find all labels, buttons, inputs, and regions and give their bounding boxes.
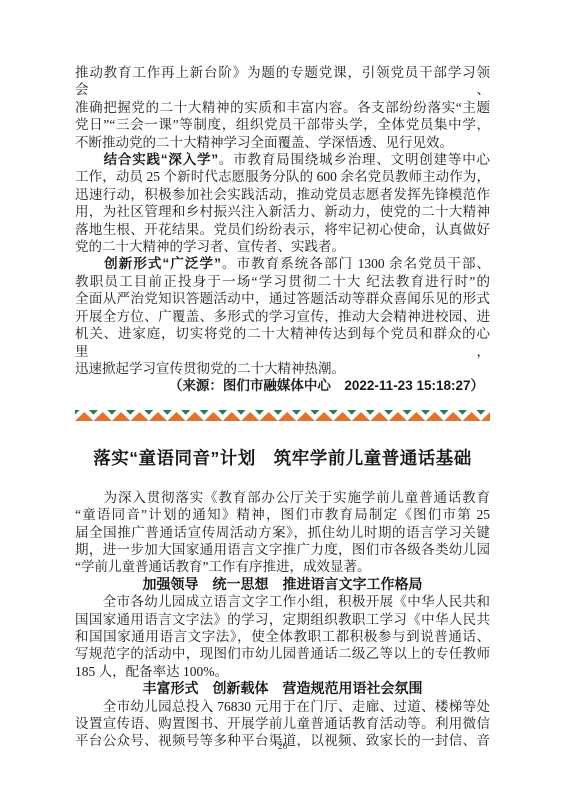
document-page: 推动教育工作再上新台阶》为题的专题党课，引领党员干部学习领会、准确把握党的二十大… xyxy=(0,0,565,800)
text-segment: 全面从严治党知识答题活动中，通过答题活动等群众喜闻乐见的形式 xyxy=(75,291,490,306)
text-segment: 教职员工目前正投身于一场“学习贯彻二十大 纪法教育进行时”的 xyxy=(75,274,490,289)
text-segment: 185 人，配备率达 100%。 xyxy=(75,664,228,679)
text-segment: 党的二十大精神的学习者、宣传者、实践者。 xyxy=(75,239,345,254)
text-line: 教职员工目前正投身于一场“学习贯彻二十大 纪法教育进行时”的 xyxy=(75,273,490,290)
text-segment: 党日”“三会一课”等制度，组织党员干部带头学，全体党员集中学， xyxy=(75,117,490,132)
section-subheading: 加强领导 统一思想 推进语言文字工作格局 xyxy=(75,576,490,593)
text-segment: 准确把握党的二十大精神的实质和丰富内容。各支部纷纷落实“主题 xyxy=(75,100,490,115)
zigzag-divider xyxy=(75,410,490,421)
paragraph: 结合实践“深入学”。市教育局围绕城乡治理、文明创建等中心工作，动员 25 个新时… xyxy=(75,151,490,255)
text-line: 党的二十大精神的学习者、宣传者、实践者。 xyxy=(75,238,490,255)
text-line: 推动教育工作再上新台阶》为题的专题党课，引领党员干部学习领会、 xyxy=(75,64,490,99)
text-segment xyxy=(75,256,104,271)
text-segment: 迅速行动，积极参加社会实践活动，推动党员志愿者发挥先锋模范作 xyxy=(75,187,490,202)
text-line: 届全国推广普通话宣传周活动方案》，抓住幼儿时期的语言学习关键 xyxy=(75,524,490,541)
text-line: 全面从严治党知识答题活动中，通过答题活动等群众喜闻乐见的形式 xyxy=(75,290,490,307)
text-line: 185 人，配备率达 100%。 xyxy=(75,663,490,680)
paragraph: 全市各幼儿园成立语言文字工作小组，积极开展《中华人民共和国国家通用语言文字法》的… xyxy=(75,593,490,680)
text-line: 写规范字的活动中，现图们市幼儿园普通话二级乙等以上的专任教师 xyxy=(75,645,490,662)
text-segment: 写规范字的活动中，现图们市幼儿园普通话二级乙等以上的专任教师 xyxy=(75,646,490,661)
text-line: 全市各幼儿园成立语言文字工作小组，积极开展《中华人民共和 xyxy=(75,593,490,610)
text-line: 和国国家通用语言文字法》，使全体教职工都积极参与到说普通话、 xyxy=(75,628,490,645)
text-segment: 。市教育系统各部门 1300 余名党员干部、 xyxy=(221,256,490,271)
text-line: 落地生根、开花结果。党员们纷纷表示，将牢记初心使命，认真做好 xyxy=(75,221,490,238)
text-line: 期，进一步加大国家通用语言文字推广力度，图们市各级各类幼儿园 xyxy=(75,541,490,558)
text-segment xyxy=(75,152,104,167)
text-line: 设置宣传语、购置图书、开展学前儿童普通话教育活动等。利用微信 xyxy=(75,715,490,732)
page-number: 26 xyxy=(0,741,565,753)
text-line: 机关、进家庭，切实将党的二十大精神传达到每个党员和群众的心里， xyxy=(75,325,490,360)
text-line: 结合实践“深入学”。市教育局围绕城乡治理、文明创建等中心 xyxy=(75,151,490,168)
paragraph: 推动教育工作再上新台阶》为题的专题党课，引领党员干部学习领会、准确把握党的二十大… xyxy=(75,64,490,151)
article-title: 落实“童语同音”计划 筑牢学前儿童普通话基础 xyxy=(75,447,490,469)
text-line: 迅速行动，积极参加社会实践活动，推动党员志愿者发挥先锋模范作 xyxy=(75,186,490,203)
text-segment: 用，为社区管理和乡村振兴注入新活力、新动力，使党的二十大精神 xyxy=(75,204,490,219)
text-line: 工作，动员 25 个新时代志愿服务分队的 600 余名党员教师主动作为， xyxy=(75,168,490,185)
paragraph: 创新形式“广泛学”。市教育系统各部门 1300 余名党员干部、教职员工目前正投身… xyxy=(75,255,490,377)
text-line: “学前儿童普通话教育”工作有序推进，成效显著。 xyxy=(75,558,490,575)
zigzag-pattern xyxy=(75,410,490,421)
text-segment: 迅速掀起学习宣传贯彻党的二十大精神热潮。 xyxy=(75,361,345,376)
text-line: 不断推动党的二十大精神学习全面覆盖、学深悟透、见行见效。 xyxy=(75,134,490,151)
text-segment: 工作，动员 25 个新时代志愿服务分队的 600 余名党员教师主动作为， xyxy=(75,169,490,184)
text-segment: “童语同音”计划的通知》精神，图们市教育局制定《图们市第 25 xyxy=(75,507,490,522)
text-line: 准确把握党的二十大精神的实质和丰富内容。各支部纷纷落实“主题 xyxy=(75,99,490,116)
source-attribution: （来源：图们市融媒体中心 2022-11-23 15:18:27） xyxy=(75,377,490,394)
text-segment: 国国家通用语言文字法》的学习，定期组织教职工学习《中华人民共 xyxy=(75,612,490,627)
bold-lead-in: 创新形式“广泛学” xyxy=(104,256,221,271)
text-segment: 落地生根、开花结果。党员们纷纷表示，将牢记初心使命，认真做好 xyxy=(75,222,490,237)
text-segment: 不断推动党的二十大精神学习全面覆盖、学深悟透、见行见效。 xyxy=(75,135,453,150)
text-line: 用，为社区管理和乡村振兴注入新活力、新动力，使党的二十大精神 xyxy=(75,203,490,220)
text-line: 为深入贯彻落实《教育部办公厅关于实施学前儿童普通话教育 xyxy=(75,489,490,506)
text-segment: 和国国家通用语言文字法》，使全体教职工都积极参与到说普通话、 xyxy=(75,629,490,644)
text-segment: 期，进一步加大国家通用语言文字推广力度，图们市各级各类幼儿园 xyxy=(75,542,490,557)
text-segment: 推动教育工作再上新台阶》为题的专题党课，引领党员干部学习领会、 xyxy=(75,65,490,97)
text-line: 开展全方位、广覆盖、多形式的学习宣传，推动大会精神进校园、进 xyxy=(75,308,490,325)
text-line: 国国家通用语言文字法》的学习，定期组织教职工学习《中华人民共 xyxy=(75,611,490,628)
text-segment: 。市教育局围绕城乡治理、文明创建等中心 xyxy=(218,152,490,167)
text-segment: 全市幼儿园总投入 76830 元用于在门厅、走廊、过道、楼梯等处 xyxy=(75,699,490,714)
text-line: 党日”“三会一课”等制度，组织党员干部带头学，全体党员集中学， xyxy=(75,116,490,133)
text-segment: 全市各幼儿园成立语言文字工作小组，积极开展《中华人民共和 xyxy=(75,594,490,609)
text-line: 全市幼儿园总投入 76830 元用于在门厅、走廊、过道、楼梯等处 xyxy=(75,698,490,715)
text-segment: 为深入贯彻落实《教育部办公厅关于实施学前儿童普通话教育 xyxy=(75,490,490,505)
text-line: 创新形式“广泛学”。市教育系统各部门 1300 余名党员干部、 xyxy=(75,255,490,272)
text-segment: 届全国推广普通话宣传周活动方案》，抓住幼儿时期的语言学习关键 xyxy=(75,525,490,540)
section-subheading: 丰富形式 创新载体 营造规范用语社会氛围 xyxy=(75,680,490,697)
bold-lead-in: 结合实践“深入学” xyxy=(104,152,218,167)
text-segment: 机关、进家庭，切实将党的二十大精神传达到每个党员和群众的心里， xyxy=(75,326,490,358)
text-line: 迅速掀起学习宣传贯彻党的二十大精神热潮。 xyxy=(75,360,490,377)
paragraph: 为深入贯彻落实《教育部办公厅关于实施学前儿童普通话教育“童语同音”计划的通知》精… xyxy=(75,489,490,576)
text-segment: “学前儿童普通话教育”工作有序推进，成效显著。 xyxy=(75,559,370,574)
text-line: “童语同音”计划的通知》精神，图们市教育局制定《图们市第 25 xyxy=(75,506,490,523)
text-segment: 开展全方位、广覆盖、多形式的学习宣传，推动大会精神进校园、进 xyxy=(75,309,490,324)
text-segment: 设置宣传语、购置图书、开展学前儿童普通话教育活动等。利用微信 xyxy=(75,716,490,731)
article: 推动教育工作再上新台阶》为题的专题党课，引领党员干部学习领会、准确把握党的二十大… xyxy=(75,64,490,750)
